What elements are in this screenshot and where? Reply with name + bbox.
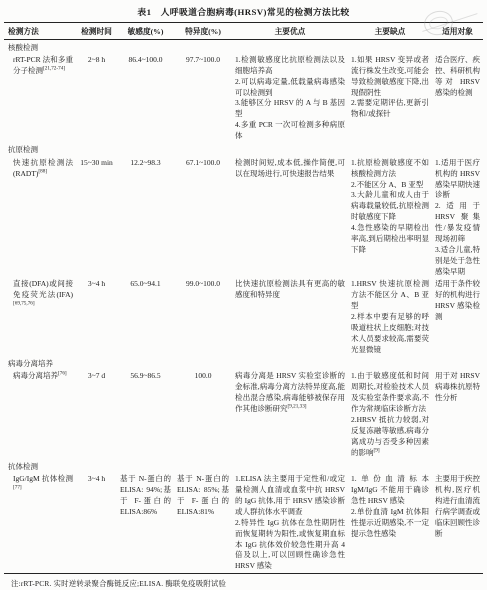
column-header-disadvantages: 主要缺点 <box>348 23 432 40</box>
table-body: 核酸检测rRT-PCR 法和多重分子检测[21,72-74]2~8 h86.4~… <box>4 40 483 574</box>
section-row: 抗原检测 <box>4 143 483 157</box>
section-label: 抗原检测 <box>4 143 483 157</box>
column-header-sensitivity: 敏感度(%) <box>117 23 174 40</box>
disadvantage-item: 2.HRSV 抵抗力较弱,对反复冻融等敏感,病毒分离成功与否受多种因素的影响[9… <box>351 415 429 459</box>
column-header-method: 检测方法 <box>4 23 76 40</box>
specificity-cell: 99.0~100.0 <box>174 278 232 356</box>
column-header-advantages: 主要优点 <box>232 23 348 40</box>
table-title: 表1 人呼吸道合胞病毒(HRSV)常见的检测方法比较 <box>0 0 487 18</box>
disadvantage-item: 1.HRSV 快速抗原检测方法不能区分 A、B 亚型 <box>351 279 429 312</box>
section-label: 病毒分离培养 <box>4 357 483 371</box>
disadvantage-item: 2.样本中要有足够的呼吸道柱状上皮细胞;对技术人员要求较高,需要荧光显微镜 <box>351 312 429 356</box>
advantage-item: 比快速抗原检测法具有更高的敏感度和特异度 <box>235 279 345 301</box>
section-label: 核酸检测 <box>4 40 483 54</box>
advantage-item: 3.能够区分 HRSV 的 A 与 B 基因型 <box>235 98 345 120</box>
method-row: IgG/IgM 抗体检测[77]3~4 h基于 N-蛋白的 ELISA: 94%… <box>4 473 483 573</box>
section-row: 病毒分离培养 <box>4 357 483 371</box>
method-cell: 直接(DFA)或间接免疫荧光法(IFA)[69,75,76] <box>4 278 76 356</box>
advantage-item: 病毒分离是 HRSV 实验室诊断的金标准,病毒分离方法特异度高,能检出混合感染,… <box>235 371 345 415</box>
disadvantage-item: 1.单份血清标本 IgM/IgG 不能用于确诊急性 HRSV 感染 <box>351 474 429 507</box>
advantage-item: 检测时间短,成本低,操作简便,可以在现场进行,可快速报告结果 <box>235 158 345 180</box>
target-item: 2.适用于 HRSV 聚集性/暴发疫情现场初筛 <box>435 201 480 245</box>
target-item: 适用于条件较好的机构进行 HRSV 感染检测 <box>435 279 480 323</box>
method-row: 直接(DFA)或间接免疫荧光法(IFA)[69,75,76]3~4 h65.0~… <box>4 278 483 356</box>
target-item: 3.适合儿童,特别是处于急性感染早期 <box>435 245 480 278</box>
disadvantages-cell: 1.抗原检测敏感度不如核酸检测方法2.不能区分 A、B 亚型3.大龄儿童和成人由… <box>348 157 432 279</box>
targets-cell: 适用于条件较好的机构进行 HRSV 感染检测 <box>432 278 483 356</box>
target-item: 适合医疗、疾控、科研机构等对 HRSV 感染的检测 <box>435 55 480 99</box>
advantage-item: 2.特异性 IgG 抗体在急性期阴性而恢复期转为阳性,或恢复期血标本 IgG 抗… <box>235 518 345 572</box>
disadvantage-item: 1.抗原检测敏感度不如核酸检测方法 <box>351 158 429 180</box>
advantage-item: 4.多重 PCR 一次可检测多种病原体 <box>235 120 345 142</box>
specificity-cell: 100.0 <box>174 370 232 459</box>
footnote: 注:rRT-PCR. 实时逆转录聚合酶链反应;ELISA. 酶联免疫吸附试验 <box>0 574 487 589</box>
specificity-cell: 97.7~100.0 <box>174 54 232 143</box>
sensitivity-cell: 12.2~98.3 <box>117 157 174 279</box>
column-header-targets: 适用对象 <box>432 23 483 40</box>
advantages-cell: 检测时间短,成本低,操作简便,可以在现场进行,可快速报告结果 <box>232 157 348 279</box>
specificity-cell: 67.1~100.0 <box>174 157 232 279</box>
method-cell: rRT-PCR 法和多重分子检测[21,72-74] <box>4 54 76 143</box>
targets-cell: 用于对 HRSV 病毒株抗原特性分析 <box>432 370 483 459</box>
method-cell: 快速抗原检测法(RADT)[88] <box>4 157 76 279</box>
disadvantages-cell: 1.HRSV 快速抗原检测方法不能区分 A、B 亚型2.样本中要有足够的呼吸道柱… <box>348 278 432 356</box>
disadvantage-item: 3.大龄儿童和成人由于病毒载量较低,抗原检测时敏感度下降 <box>351 190 429 223</box>
section-row: 核酸检测 <box>4 40 483 54</box>
table-header: 检测方法 检测时间 敏感度(%) 特异度(%) 主要优点 主要缺点 适用对象 <box>4 23 483 40</box>
disadvantages-cell: 1.如果 HRSV 变异或者流行株发生改变,可能会导致检测敏感度下降,出现假阴性… <box>348 54 432 143</box>
column-header-time: 检测时间 <box>76 23 117 40</box>
disadvantages-cell: 1.单份血清标本 IgM/IgG 不能用于确诊急性 HRSV 感染2.单份血清 … <box>348 473 432 573</box>
header-row: 检测方法 检测时间 敏感度(%) 特异度(%) 主要优点 主要缺点 适用对象 <box>4 23 483 40</box>
target-item: 用于对 HRSV 病毒株抗原特性分析 <box>435 371 480 404</box>
targets-cell: 1.适用于医疗机构的 HRSV 感染早期快速诊断2.适用于 HRSV 聚集性/暴… <box>432 157 483 279</box>
disadvantage-item: 2.不能区分 A、B 亚型 <box>351 180 429 191</box>
time-cell: 15~30 min <box>76 157 117 279</box>
disadvantage-item: 1.由于敏感度低和时间周期长,对检验技术人员及实验室条件要求高,不作为常规临床诊… <box>351 371 429 415</box>
method-cell: 病毒分离培养[76] <box>4 370 76 459</box>
column-header-specificity: 特异度(%) <box>174 23 232 40</box>
comparison-table: 检测方法 检测时间 敏感度(%) 特异度(%) 主要优点 主要缺点 适用对象 核… <box>4 22 483 574</box>
specificity-cell: 基于 N-蛋白的 ELISA: 85%;基于 F-蛋白的 ELISA:81% <box>174 473 232 573</box>
paper-page: 表1 人呼吸道合胞病毒(HRSV)常见的检测方法比较 检测方法 检测时间 敏感度… <box>0 0 487 590</box>
target-item: 1.适用于医疗机构的 HRSV 感染早期快速诊断 <box>435 158 480 202</box>
advantage-item: 1.检测敏感度比抗原检测法以及细胞培养高 <box>235 55 345 77</box>
method-row: 病毒分离培养[76]3~7 d56.9~86.5100.0病毒分离是 HRSV … <box>4 370 483 459</box>
advantages-cell: 1.检测敏感度比抗原检测法以及细胞培养高2.可以病毒定量,低载量病毒感染可以检测… <box>232 54 348 143</box>
advantages-cell: 比快速抗原检测法具有更高的敏感度和特异度 <box>232 278 348 356</box>
time-cell: 2~8 h <box>76 54 117 143</box>
disadvantage-item: 1.如果 HRSV 变异或者流行株发生改变,可能会导致检测敏感度下降,出现假阴性 <box>351 55 429 99</box>
advantages-cell: 1.ELISA 法主要用于定性和/或定量检测人血清或血浆中抗 HRSV 的 Ig… <box>232 473 348 573</box>
method-row: rRT-PCR 法和多重分子检测[21,72-74]2~8 h86.4~100.… <box>4 54 483 143</box>
sensitivity-cell: 65.0~94.1 <box>117 278 174 356</box>
time-cell: 3~7 d <box>76 370 117 459</box>
method-cell: IgG/IgM 抗体检测[77] <box>4 473 76 573</box>
time-cell: 3~4 h <box>76 278 117 356</box>
sensitivity-cell: 86.4~100.0 <box>117 54 174 143</box>
targets-cell: 主要用于疾控机构,医疗机构进行血清流行病学调查或临床回顾性诊断 <box>432 473 483 573</box>
disadvantages-cell: 1.由于敏感度低和时间周期长,对检验技术人员及实验室条件要求高,不作为常规临床诊… <box>348 370 432 459</box>
advantage-item: 2.可以病毒定量,低载量病毒感染可以检测到 <box>235 77 345 99</box>
section-label: 抗体检测 <box>4 459 483 473</box>
target-item: 主要用于疾控机构,医疗机构进行血清流行病学调查或临床回顾性诊断 <box>435 474 480 539</box>
advantage-item: 1.ELISA 法主要用于定性和/或定量检测人血清或血浆中抗 HRSV 的 Ig… <box>235 474 345 518</box>
time-cell: 3~4 h <box>76 473 117 573</box>
advantages-cell: 病毒分离是 HRSV 实验室诊断的金标准,病毒分离方法特异度高,能检出混合感染,… <box>232 370 348 459</box>
method-row: 快速抗原检测法(RADT)[88]15~30 min12.2~98.367.1~… <box>4 157 483 279</box>
sensitivity-cell: 56.9~86.5 <box>117 370 174 459</box>
targets-cell: 适合医疗、疾控、科研机构等对 HRSV 感染的检测 <box>432 54 483 143</box>
section-row: 抗体检测 <box>4 459 483 473</box>
disadvantage-item: 4.急性感染的早期检出率高,到后期检出率明显下降 <box>351 223 429 256</box>
sensitivity-cell: 基于 N-蛋白的 ELISA: 94%;基于 F-蛋白的 ELISA:86% <box>117 473 174 573</box>
disadvantage-item: 2.单份血清 IgM 抗体阳性提示近期感染,不一定提示急性感染 <box>351 507 429 540</box>
disadvantage-item: 2.需要定期评估,更新引物和/或探针 <box>351 98 429 120</box>
